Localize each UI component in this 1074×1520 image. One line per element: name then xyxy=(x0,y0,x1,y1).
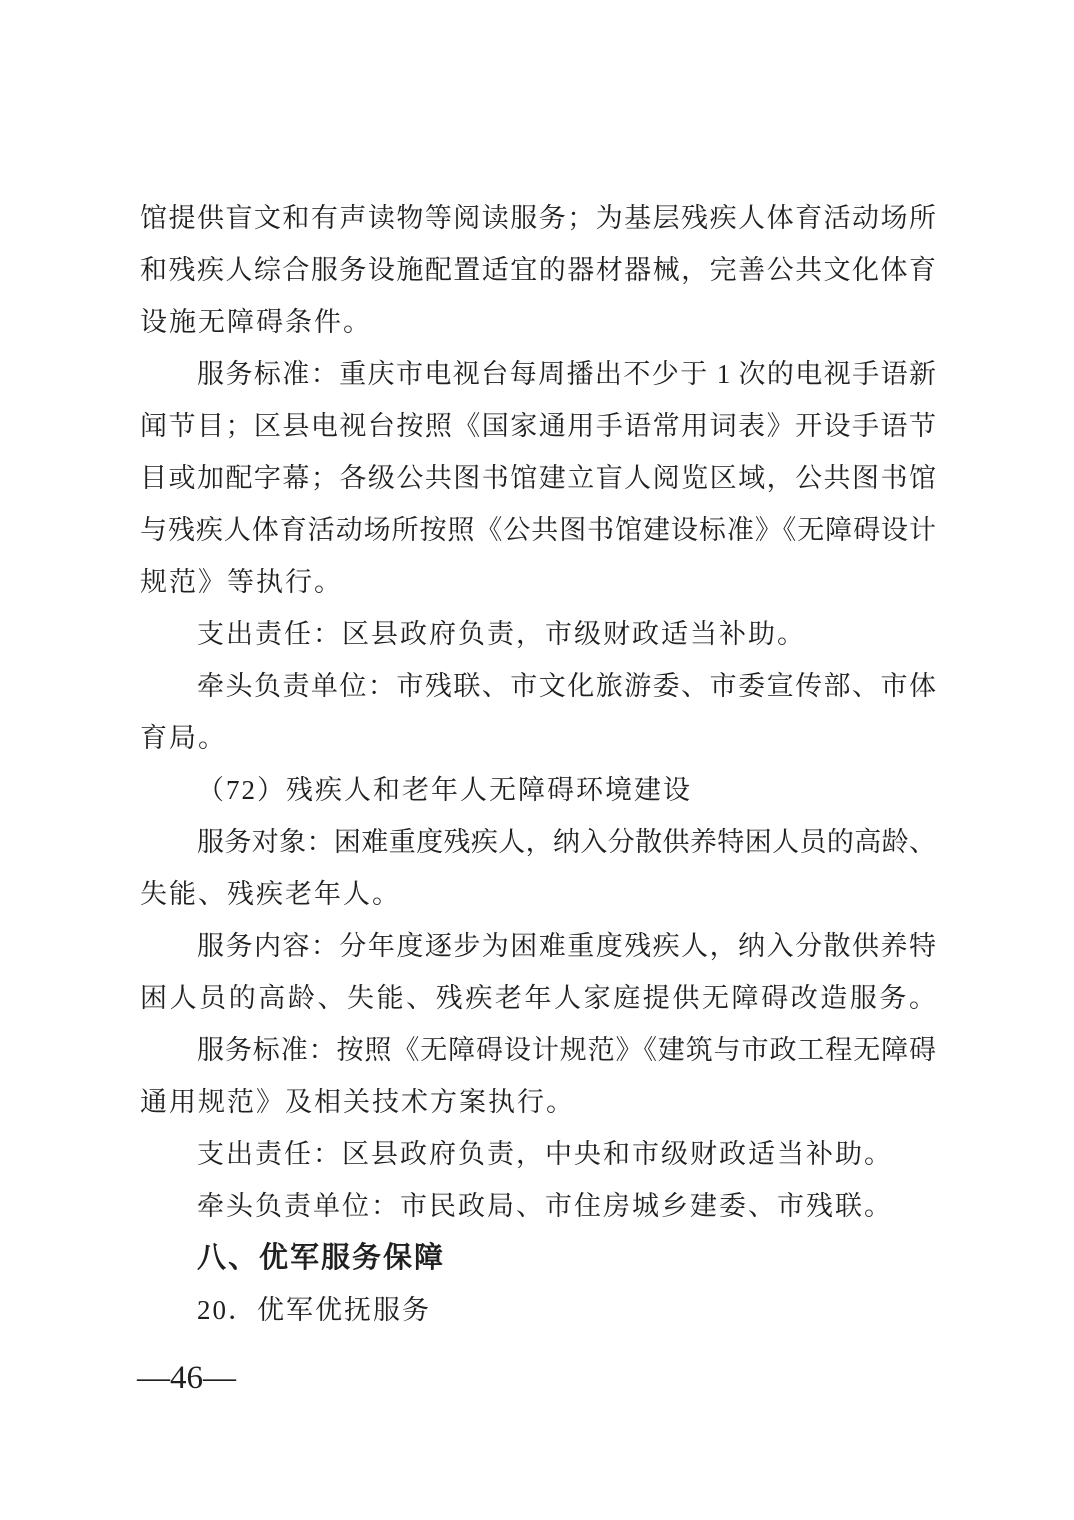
document-line: 服务内容：分年度逐步为困难重度残疾人，纳入分散供养特 xyxy=(140,920,936,972)
document-line: 失能、残疾老年人。 xyxy=(140,868,936,920)
document-line: 通用规范》及相关技术方案执行。 xyxy=(140,1076,936,1128)
document-line: 服务对象：困难重度残疾人，纳入分散供养特困人员的高龄、 xyxy=(140,816,936,868)
document-line: 规范》等执行。 xyxy=(140,556,936,608)
document-line: 服务标准：按照《无障碍设计规范》《建筑与市政工程无障碍 xyxy=(140,1024,936,1076)
document-line: 和残疾人综合服务设施配置适宜的器材器械，完善公共文化体育 xyxy=(140,244,936,296)
document-line: 馆提供盲文和有声读物等阅读服务；为基层残疾人体育活动场所 xyxy=(140,192,936,244)
document-line: 20．优军优抚服务 xyxy=(140,1284,936,1336)
document-line: （72）残疾人和老年人无障碍环境建设 xyxy=(140,764,936,816)
document-line: 与残疾人体育活动场所按照《公共图书馆建设标准》《无障碍设计 xyxy=(140,504,936,556)
text-block: 馆提供盲文和有声读物等阅读服务；为基层残疾人体育活动场所和残疾人综合服务设施配置… xyxy=(140,192,936,1336)
document-line: 牵头负责单位：市民政局、市住房城乡建委、市残联。 xyxy=(140,1180,936,1232)
document-line: 育局。 xyxy=(140,712,936,764)
document-line: 牵头负责单位：市残联、市文化旅游委、市委宣传部、市体 xyxy=(140,660,936,712)
document-line: 目或加配字幕；各级公共图书馆建立盲人阅览区域，公共图书馆 xyxy=(140,452,936,504)
document-line: 困人员的高龄、失能、残疾老年人家庭提供无障碍改造服务。 xyxy=(140,972,936,1024)
document-line: 支出责任：区县政府负责，中央和市级财政适当补助。 xyxy=(140,1128,936,1180)
document-line: 闻节目；区县电视台按照《国家通用手语常用词表》开设手语节 xyxy=(140,400,936,452)
document-page: 馆提供盲文和有声读物等阅读服务；为基层残疾人体育活动场所和残疾人综合服务设施配置… xyxy=(0,0,1074,1520)
page-number: —46— xyxy=(137,1358,236,1398)
document-line: 设施无障碍条件。 xyxy=(140,296,936,348)
document-line: 服务标准：重庆市电视台每周播出不少于 1 次的电视手语新 xyxy=(140,348,936,400)
section-heading: 八、优军服务保障 xyxy=(140,1232,936,1284)
document-line: 支出责任：区县政府负责，市级财政适当补助。 xyxy=(140,608,936,660)
